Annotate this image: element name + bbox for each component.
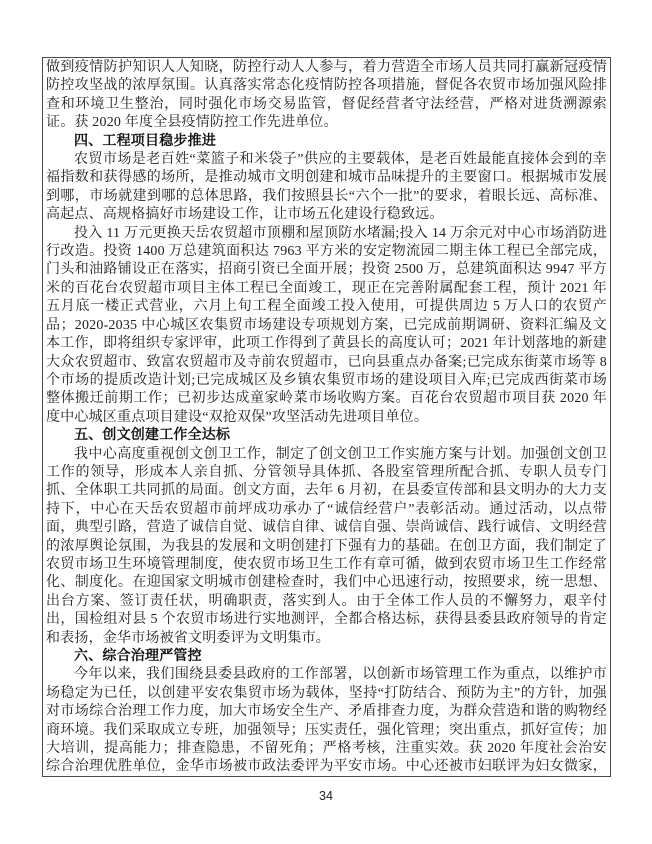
section-heading-4: 四、工程项目稳步推进: [46, 133, 607, 151]
document-table-cell: 做到疫情防护知识人人知晓，防控行动人人参与，着力营造全市场人员共同打赢新冠疫情防…: [42, 57, 611, 777]
paragraph: 农贸市场是老百姓“菜篮子和米袋子”供应的主要载体，是老百姓最能直接体会到的幸福指…: [46, 151, 607, 225]
paragraph: 投入 11 万元更换天岳农贸超市顶棚和屋顶防水堵漏;投入 14 万余元对中心市场…: [46, 225, 607, 427]
paragraph: 做到疫情防护知识人人知晓，防控行动人人参与，着力营造全市场人员共同打赢新冠疫情防…: [46, 59, 607, 133]
page-number: 34: [0, 789, 652, 803]
paragraph: 今年以来，我们围绕县委县政府的工作部署，以创新市场管理工作为重点，以维护市场稳定…: [46, 666, 607, 777]
section-heading-6: 六、综合治理严管控: [46, 648, 607, 666]
paragraph: 我中心高度重视创文创卫工作，制定了创文创卫工作实施方案与计划。加强创文创卫工作的…: [46, 446, 607, 648]
section-heading-5: 五、创文创建工作全达标: [46, 427, 607, 445]
